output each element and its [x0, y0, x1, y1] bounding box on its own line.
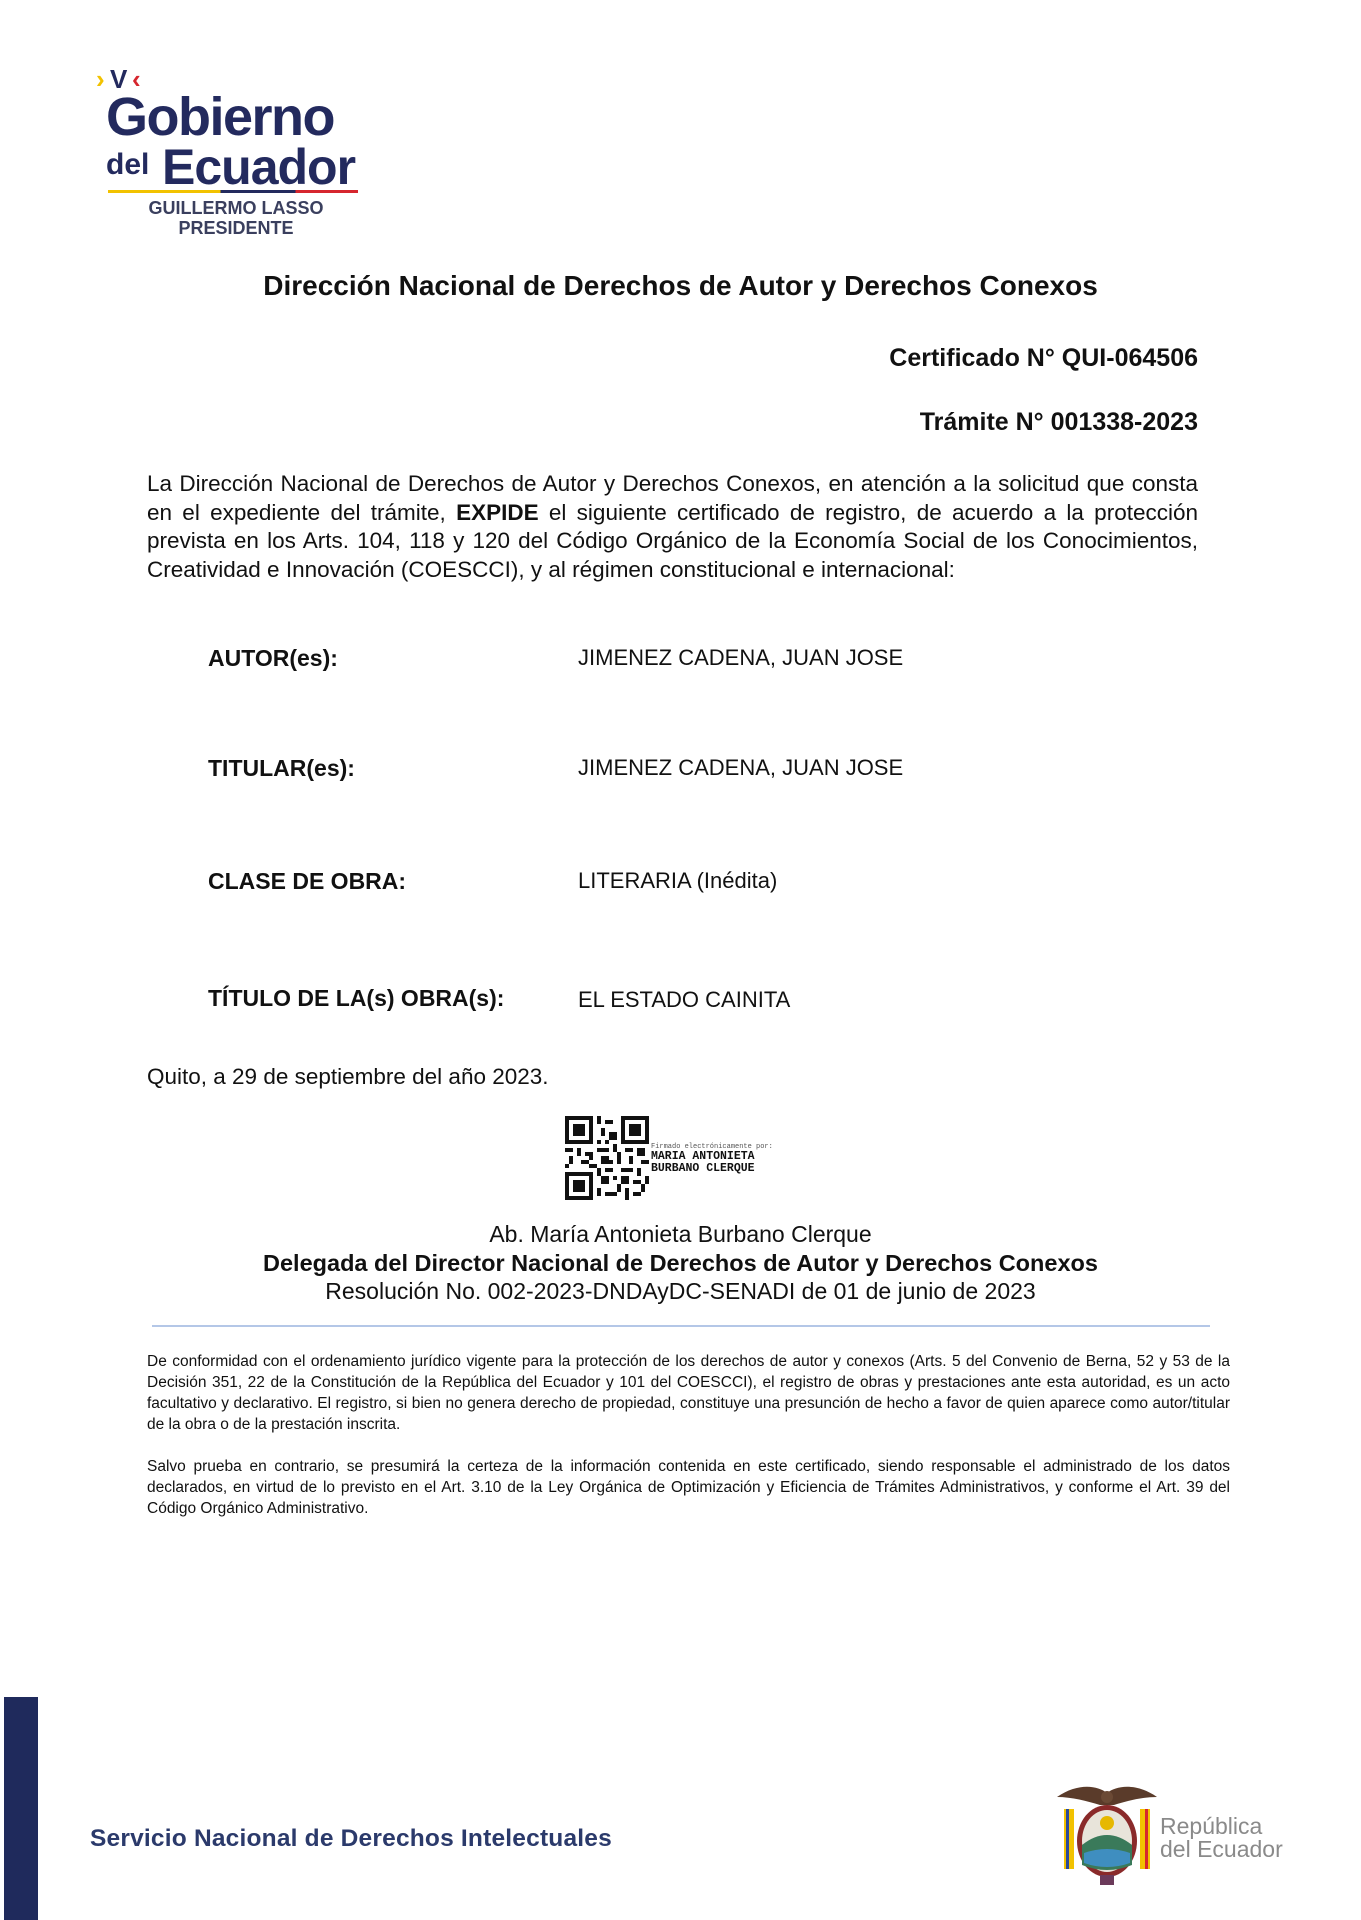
procedure-number: Trámite N° 001338-2023: [920, 408, 1198, 437]
field-label-work-class: CLASE DE OBRA:: [208, 868, 406, 895]
document-title: Dirección Nacional de Derechos de Autor …: [0, 270, 1361, 302]
field-value-work-title: EL ESTADO CAINITA: [578, 987, 790, 1013]
signature-stamp-line2: BURBANO CLERQUE: [651, 1163, 755, 1175]
gobierno-ecuador-logo: › V ‹ Gobierno del Ecuador GUILLERMO LAS…: [96, 62, 366, 237]
country-line-2: del Ecuador: [1160, 1838, 1283, 1861]
signer-role: Delegada del Director Nacional de Derech…: [0, 1250, 1361, 1277]
logo-text-del: del: [106, 150, 149, 180]
field-value-work-class: LITERARIA (Inédita): [578, 868, 777, 894]
certificate-number: Certificado N° QUI-064506: [889, 344, 1198, 373]
logo-text-gobierno: Gobierno: [106, 90, 334, 144]
country-line-1: República: [1160, 1815, 1283, 1838]
logo-flag-stripe: [108, 190, 358, 193]
logo-president-title: PRESIDENTE: [96, 219, 376, 237]
intro-paragraph: La Dirección Nacional de Derechos de Aut…: [147, 470, 1198, 584]
qr-code-icon: [565, 1116, 649, 1200]
chevron-yellow-icon: ›: [96, 66, 105, 92]
signer-name: Ab. María Antonieta Burbano Clerque: [0, 1221, 1361, 1248]
republica-del-ecuador-text: República del Ecuador: [1160, 1815, 1283, 1861]
field-label-holder: TITULAR(es):: [208, 755, 355, 782]
field-label-author: AUTOR(es):: [208, 645, 338, 672]
logo-president-name: GUILLERMO LASSO: [96, 199, 376, 217]
section-divider: [152, 1325, 1210, 1327]
legal-paragraph-1: De conformidad con el ordenamiento juríd…: [147, 1351, 1230, 1435]
intro-text-bold: EXPIDE: [456, 500, 539, 525]
place-and-date: Quito, a 29 de septiembre del año 2023.: [147, 1064, 549, 1090]
field-value-holder: JIMENEZ CADENA, JUAN JOSE: [578, 755, 903, 781]
field-label-work-title: TÍTULO DE LA(s) OBRA(s):: [208, 985, 504, 1012]
signature-signer-stamp: MARIA ANTONIETA BURBANO CLERQUE: [651, 1151, 755, 1175]
logo-text-ecuador: Ecuador: [162, 142, 355, 192]
legal-paragraph-2: Salvo prueba en contrario, se presumirá …: [147, 1456, 1230, 1519]
coat-of-arms-icon: [1052, 1775, 1162, 1895]
footer-side-bar: [4, 1697, 38, 1920]
field-value-author: JIMENEZ CADENA, JUAN JOSE: [578, 645, 903, 671]
resolution-reference: Resolución No. 002-2023-DNDAyDC-SENADI d…: [0, 1278, 1361, 1305]
footer-organization: Servicio Nacional de Derechos Intelectua…: [90, 1825, 612, 1853]
